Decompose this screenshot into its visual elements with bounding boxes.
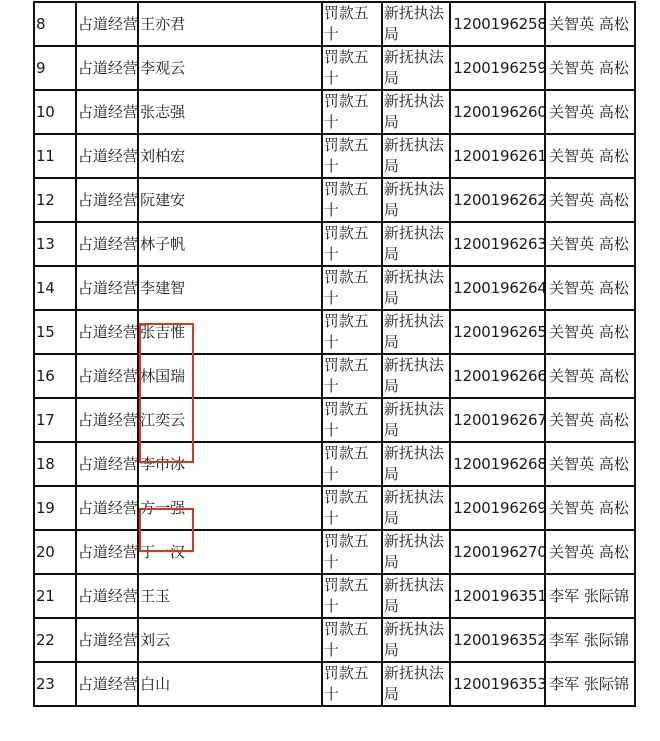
ticket-code-cell: 1200196269 bbox=[450, 486, 545, 530]
penalty-cell: 罚款五十 bbox=[322, 574, 382, 618]
penalty-record-sheet: 8占道经营王亦君罚款五十新抚执法局1200196258关智英 高松9占道经营李观… bbox=[33, 1, 636, 707]
penalty-cell: 罚款五十 bbox=[322, 662, 382, 706]
penalty-cell: 罚款五十 bbox=[322, 46, 382, 90]
penalty-cell: 罚款五十 bbox=[322, 354, 382, 398]
ticket-code-cell: 1200196353 bbox=[450, 662, 545, 706]
penalty-cell: 罚款五十 bbox=[322, 178, 382, 222]
violation-type-cell: 占道经营 bbox=[76, 618, 138, 662]
row-number-cell: 19 bbox=[34, 486, 76, 530]
violation-type-cell: 占道经营 bbox=[76, 134, 138, 178]
officers-cell: 关智英 高松 bbox=[545, 178, 635, 222]
table-row: 8占道经营王亦君罚款五十新抚执法局1200196258关智英 高松 bbox=[34, 2, 635, 46]
penalty-cell: 罚款五十 bbox=[322, 2, 382, 46]
person-name-cell: 李巾冰 bbox=[138, 442, 322, 486]
agency-cell: 新抚执法局 bbox=[382, 618, 450, 662]
person-name-cell: 刘云 bbox=[138, 618, 322, 662]
agency-cell: 新抚执法局 bbox=[382, 486, 450, 530]
table-row: 10占道经营张志强罚款五十新抚执法局1200196260关智英 高松 bbox=[34, 90, 635, 134]
row-number-cell: 18 bbox=[34, 442, 76, 486]
row-number-cell: 15 bbox=[34, 310, 76, 354]
penalty-cell: 罚款五十 bbox=[322, 486, 382, 530]
violation-type-cell: 占道经营 bbox=[76, 310, 138, 354]
row-number-cell: 20 bbox=[34, 530, 76, 574]
agency-cell: 新抚执法局 bbox=[382, 2, 450, 46]
row-number-cell: 22 bbox=[34, 618, 76, 662]
violation-type-cell: 占道经营 bbox=[76, 354, 138, 398]
penalty-cell: 罚款五十 bbox=[322, 618, 382, 662]
table-row: 15占道经营张吉惟罚款五十新抚执法局1200196265关智英 高松 bbox=[34, 310, 635, 354]
person-name-cell: 王亦君 bbox=[138, 2, 322, 46]
violation-type-cell: 占道经营 bbox=[76, 90, 138, 134]
violation-type-cell: 占道经营 bbox=[76, 2, 138, 46]
table-row: 14占道经营李建智罚款五十新抚执法局1200196264关智英 高松 bbox=[34, 266, 635, 310]
agency-cell: 新抚执法局 bbox=[382, 46, 450, 90]
table-row: 17占道经营江奕云罚款五十新抚执法局1200196267关智英 高松 bbox=[34, 398, 635, 442]
person-name-cell: 阮建安 bbox=[138, 178, 322, 222]
table-row: 16占道经营林国瑞罚款五十新抚执法局1200196266关智英 高松 bbox=[34, 354, 635, 398]
ticket-code-cell: 1200196264 bbox=[450, 266, 545, 310]
officers-cell: 关智英 高松 bbox=[545, 266, 635, 310]
ticket-code-cell: 1200196267 bbox=[450, 398, 545, 442]
penalty-cell: 罚款五十 bbox=[322, 266, 382, 310]
row-number-cell: 12 bbox=[34, 178, 76, 222]
penalty-cell: 罚款五十 bbox=[322, 310, 382, 354]
violation-type-cell: 占道经营 bbox=[76, 266, 138, 310]
violation-type-cell: 占道经营 bbox=[76, 178, 138, 222]
penalty-cell: 罚款五十 bbox=[322, 222, 382, 266]
row-number-cell: 23 bbox=[34, 662, 76, 706]
ticket-code-cell: 1200196259 bbox=[450, 46, 545, 90]
officers-cell: 关智英 高松 bbox=[545, 46, 635, 90]
ticket-code-cell: 1200196268 bbox=[450, 442, 545, 486]
violation-type-cell: 占道经营 bbox=[76, 574, 138, 618]
table-row: 13占道经营林子帆罚款五十新抚执法局1200196263关智英 高松 bbox=[34, 222, 635, 266]
violation-type-cell: 占道经营 bbox=[76, 46, 138, 90]
officers-cell: 李军 张际锦 bbox=[545, 662, 635, 706]
table-row: 11占道经营刘柏宏罚款五十新抚执法局1200196261关智英 高松 bbox=[34, 134, 635, 178]
officers-cell: 关智英 高松 bbox=[545, 354, 635, 398]
ticket-code-cell: 1200196270 bbox=[450, 530, 545, 574]
ticket-code-cell: 1200196352 bbox=[450, 618, 545, 662]
agency-cell: 新抚执法局 bbox=[382, 310, 450, 354]
agency-cell: 新抚执法局 bbox=[382, 90, 450, 134]
ticket-code-cell: 1200196262 bbox=[450, 178, 545, 222]
agency-cell: 新抚执法局 bbox=[382, 354, 450, 398]
penalty-cell: 罚款五十 bbox=[322, 442, 382, 486]
ticket-code-cell: 1200196258 bbox=[450, 2, 545, 46]
ticket-code-cell: 1200196351 bbox=[450, 574, 545, 618]
person-name-cell: 李观云 bbox=[138, 46, 322, 90]
officers-cell: 关智英 高松 bbox=[545, 2, 635, 46]
row-number-cell: 17 bbox=[34, 398, 76, 442]
person-name-cell: 李建智 bbox=[138, 266, 322, 310]
violation-type-cell: 占道经营 bbox=[76, 398, 138, 442]
table-row: 20占道经营丁一汉罚款五十新抚执法局1200196270关智英 高松 bbox=[34, 530, 635, 574]
table-row: 19占道经营方一强罚款五十新抚执法局1200196269关智英 高松 bbox=[34, 486, 635, 530]
person-name-cell: 江奕云 bbox=[138, 398, 322, 442]
row-number-cell: 8 bbox=[34, 2, 76, 46]
agency-cell: 新抚执法局 bbox=[382, 222, 450, 266]
officers-cell: 关智英 高松 bbox=[545, 90, 635, 134]
row-number-cell: 16 bbox=[34, 354, 76, 398]
penalty-cell: 罚款五十 bbox=[322, 90, 382, 134]
violation-type-cell: 占道经营 bbox=[76, 662, 138, 706]
table-row: 23占道经营白山罚款五十新抚执法局1200196353李军 张际锦 bbox=[34, 662, 635, 706]
officers-cell: 李军 张际锦 bbox=[545, 618, 635, 662]
table-row: 21占道经营王玉罚款五十新抚执法局1200196351李军 张际锦 bbox=[34, 574, 635, 618]
agency-cell: 新抚执法局 bbox=[382, 574, 450, 618]
penalty-cell: 罚款五十 bbox=[322, 530, 382, 574]
violation-type-cell: 占道经营 bbox=[76, 530, 138, 574]
officers-cell: 关智英 高松 bbox=[545, 530, 635, 574]
person-name-cell: 白山 bbox=[138, 662, 322, 706]
agency-cell: 新抚执法局 bbox=[382, 662, 450, 706]
agency-cell: 新抚执法局 bbox=[382, 398, 450, 442]
officers-cell: 关智英 高松 bbox=[545, 134, 635, 178]
officers-cell: 李军 张际锦 bbox=[545, 574, 635, 618]
ticket-code-cell: 1200196263 bbox=[450, 222, 545, 266]
violation-type-cell: 占道经营 bbox=[76, 486, 138, 530]
officers-cell: 关智英 高松 bbox=[545, 398, 635, 442]
row-number-cell: 14 bbox=[34, 266, 76, 310]
person-name-cell: 刘柏宏 bbox=[138, 134, 322, 178]
officers-cell: 关智英 高松 bbox=[545, 310, 635, 354]
agency-cell: 新抚执法局 bbox=[382, 442, 450, 486]
penalty-cell: 罚款五十 bbox=[322, 398, 382, 442]
person-name-cell: 张吉惟 bbox=[138, 310, 322, 354]
table-row: 12占道经营阮建安罚款五十新抚执法局1200196262关智英 高松 bbox=[34, 178, 635, 222]
agency-cell: 新抚执法局 bbox=[382, 530, 450, 574]
person-name-cell: 林子帆 bbox=[138, 222, 322, 266]
violation-type-cell: 占道经营 bbox=[76, 442, 138, 486]
ticket-code-cell: 1200196265 bbox=[450, 310, 545, 354]
row-number-cell: 11 bbox=[34, 134, 76, 178]
row-number-cell: 21 bbox=[34, 574, 76, 618]
person-name-cell: 丁一汉 bbox=[138, 530, 322, 574]
agency-cell: 新抚执法局 bbox=[382, 134, 450, 178]
officers-cell: 关智英 高松 bbox=[545, 222, 635, 266]
row-number-cell: 10 bbox=[34, 90, 76, 134]
table-row: 18占道经营李巾冰罚款五十新抚执法局1200196268关智英 高松 bbox=[34, 442, 635, 486]
person-name-cell: 王玉 bbox=[138, 574, 322, 618]
officers-cell: 关智英 高松 bbox=[545, 442, 635, 486]
table-row: 22占道经营刘云罚款五十新抚执法局1200196352李军 张际锦 bbox=[34, 618, 635, 662]
penalty-cell: 罚款五十 bbox=[322, 134, 382, 178]
person-name-cell: 林国瑞 bbox=[138, 354, 322, 398]
row-number-cell: 13 bbox=[34, 222, 76, 266]
table-body: 8占道经营王亦君罚款五十新抚执法局1200196258关智英 高松9占道经营李观… bbox=[34, 2, 635, 706]
agency-cell: 新抚执法局 bbox=[382, 178, 450, 222]
person-name-cell: 方一强 bbox=[138, 486, 322, 530]
person-name-cell: 张志强 bbox=[138, 90, 322, 134]
officers-cell: 关智英 高松 bbox=[545, 486, 635, 530]
ticket-code-cell: 1200196260 bbox=[450, 90, 545, 134]
row-number-cell: 9 bbox=[34, 46, 76, 90]
agency-cell: 新抚执法局 bbox=[382, 266, 450, 310]
penalty-table: 8占道经营王亦君罚款五十新抚执法局1200196258关智英 高松9占道经营李观… bbox=[33, 1, 636, 707]
ticket-code-cell: 1200196266 bbox=[450, 354, 545, 398]
ticket-code-cell: 1200196261 bbox=[450, 134, 545, 178]
table-row: 9占道经营李观云罚款五十新抚执法局1200196259关智英 高松 bbox=[34, 46, 635, 90]
violation-type-cell: 占道经营 bbox=[76, 222, 138, 266]
